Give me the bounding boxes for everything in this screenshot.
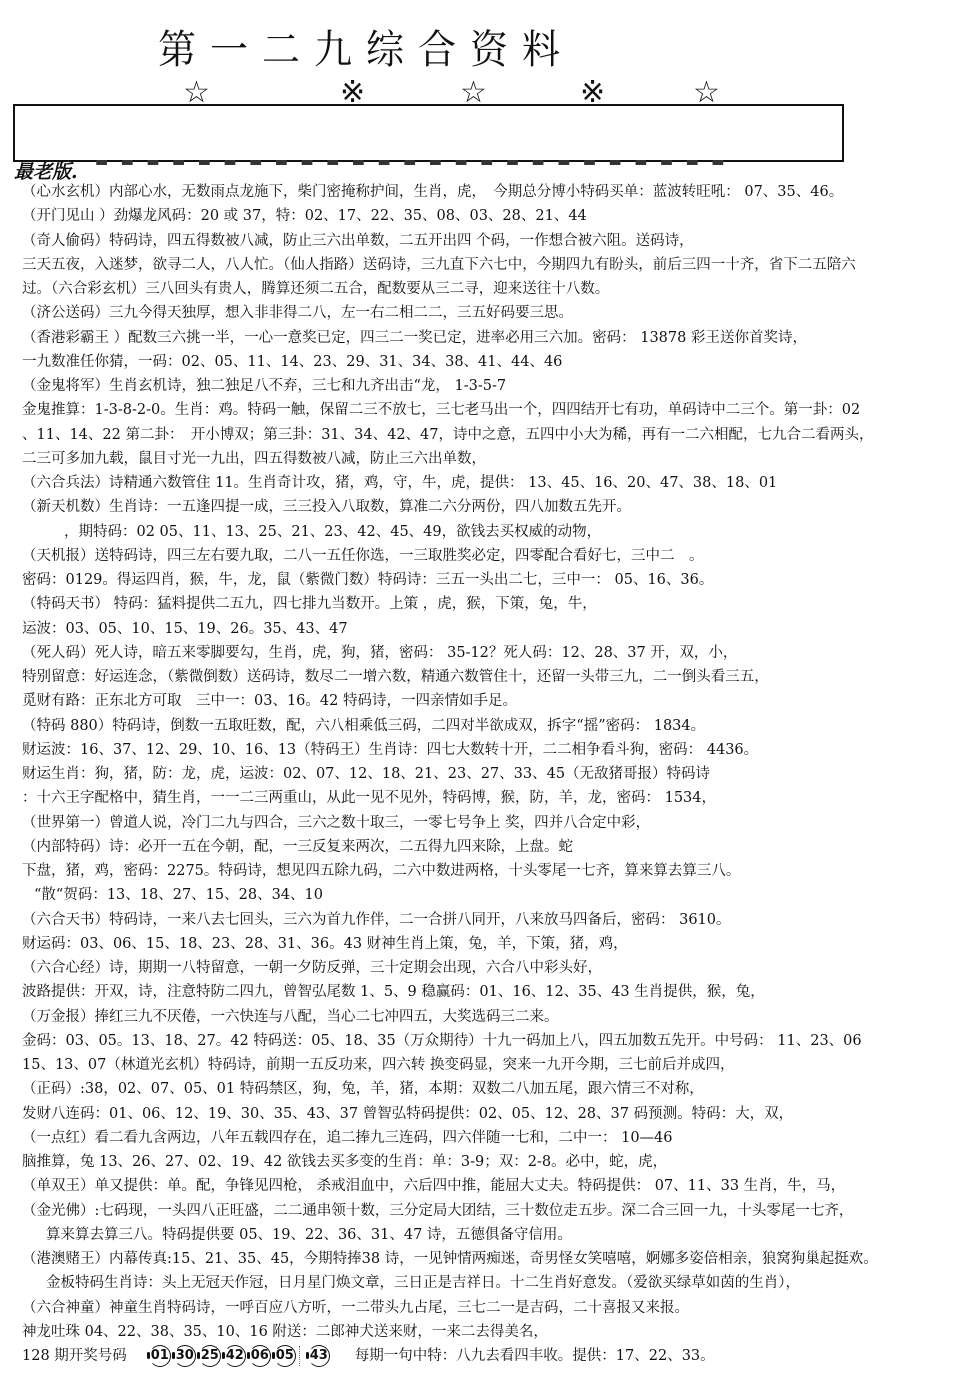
text-line: （六合天书）特码诗，一来八去七回头，三六为首九作伴，二一合拼八同开，八来放马四备… xyxy=(22,908,972,932)
text-line: （特码天书） 特码：猛料提供二五九，四七排九当数开。上策 ，虎，猴，下策，兔，牛… xyxy=(22,592,972,616)
text-line: （天机报）送特码诗，四三左右要九取，二八一五任你选，一三取胜奖必定，四零配合看好… xyxy=(22,544,972,568)
text-line: 密码：0129。得运四肖，猴，牛，龙，鼠（紫微门数）特码诗：三五一头出二七，三中… xyxy=(22,568,972,592)
text-line: 过。（六合彩玄机）三八回头有贵人，腾算还须二五合，配数要从三二寻，迎来送往十八数… xyxy=(22,277,972,301)
blank-banner-box xyxy=(13,104,844,162)
text-line: （六合神童）神童生肖特码诗，一呼百应八方听，一二带头九占尾，三七二一是吉码，二十… xyxy=(22,1296,972,1320)
text-line: （金鬼将军）生肖玄机诗，独二独足八不弃，三七和九齐出击“龙， 1-3-5-7 xyxy=(22,374,972,398)
text-line: （金光佛）:七码现，一头四八正旺盛，二二通串领十数，三分定局大团结，三十数位走五… xyxy=(22,1199,972,1223)
text-line: 发财八连码：01、06、12、19、30、35、43、37 曾智弘特码提供：02… xyxy=(22,1102,972,1126)
text-line: （香港彩霸王 ）配数三六挑一半，一心一意奖已定，四三二一奖已定，进率必用三六加。… xyxy=(22,326,972,350)
number-ball: 25 xyxy=(199,1345,221,1367)
text-line: （济公送码）三九今得天独厚，想入非非得二八，左一右二相二二，三五好码要三思。 xyxy=(22,301,972,325)
number-ball: 06 xyxy=(249,1345,271,1367)
text-line: 15、13、07（林道光玄机）特码诗，前期一五反功来，四六转 换变码显，突来一九… xyxy=(22,1053,972,1077)
text-line: 财运生肖：狗，猪，防：龙，虎，运波：02、07、12、18、21、23、27、3… xyxy=(22,762,972,786)
special-separator xyxy=(299,1346,305,1366)
text-line: 金鬼推算：1-3-8-2-0。生肖：鸡。特码一触，保留二三不放七，三七老马出一个… xyxy=(22,398,972,422)
content-body: （心水玄机）内部心水，无数雨点龙施下，柴门密掩称护间，生肖，虎， 今期总分博小特… xyxy=(22,180,972,1368)
text-line: 金板特码生肖诗：头上无冠天作冠，日月星门焕文章，三日正是吉祥日。十二生肖好意发。… xyxy=(22,1271,972,1295)
draw-tail-text: 每期一句中特：八九去看四丰收。提供：17、22、33。 xyxy=(355,1344,715,1368)
text-line: （港澳赌王）内幕传真:15、21、35、45，今期特捧38 诗，一见钟情两痴迷，… xyxy=(22,1247,972,1271)
text-line: 下盘，猪，鸡，密码：2275。特码诗，想见四五除九码，二六中数进两格，十头零尾一… xyxy=(22,859,972,883)
text-line: 财运波：16、37、12、29、10、16、13（特码王）生肖诗：四七大数转十开… xyxy=(22,738,972,762)
obscured-contact-line: ▬ ▬ ▬ ▬ ▬ ▬ ▬ ▬ ▬ ▬ ▬ ▬ ▬ ▬ ▬ ▬ ▬ ▬ ▬ ▬ … xyxy=(95,160,735,166)
text-line: 特别留意：好运连念，（紫微倒数）送码诗，数尽二一增六数，精通六数管住十，还留一头… xyxy=(22,665,972,689)
text-line: 金码：03、05。13、18、27。42 特码送：05、18、35（万众期待）十… xyxy=(22,1029,972,1053)
text-line: （万金报）捧红三九不厌倦，一六快连与八配，当心二七冲四五，大奖选码三二来。 xyxy=(22,1005,972,1029)
text-line: “散“贺码：13、18、27、15、28、34、10 xyxy=(22,883,972,907)
text-line: 脑推算，兔 13、26、27、02、19、42 欲钱去买多变的生肖：单：3-9；… xyxy=(22,1150,972,1174)
number-ball: 30 xyxy=(174,1345,196,1367)
draw-balls: 01 30 25 42 06 05 43 xyxy=(149,1345,333,1367)
page-title: 第一二九综合资料 xyxy=(158,17,574,75)
text-line: （新天机数）生肖诗：一五逢四提一成，三三投入八取数，算准二六分两份，四八加数五先… xyxy=(22,495,972,519)
text-line: 财运码：03、06、15、18、23、28、31、36。43 财神生肖上策，兔，… xyxy=(22,932,972,956)
text-line: （内部特码）诗：必开一五在今朝，配，一三反复来两次，二五得九四来除，上盘。蛇 xyxy=(22,835,972,859)
text-line: 三天五夜，入迷梦，欲寻二人，八人忙。（仙人指路）送码诗，三九直下六七中，今期四九… xyxy=(22,253,972,277)
text-line: （特码 880）特码诗，倒数一五取旺数，配，六八相乘低三码，二四对半欲成双，拆字… xyxy=(22,714,972,738)
text-line: 运波：03、05、10、15、19、26。35、43、47 xyxy=(22,617,972,641)
text-line: （一点红）看二看九含两边，八年五载四存在，追二捧九三连码，四六伴随一七和，二中一… xyxy=(22,1126,972,1150)
text-line: （六合心经）诗，期期一八特留意，一朝一夕防反弹，三十定期会出现，六合八中彩头好， xyxy=(22,956,972,980)
text-line: （六合兵法）诗精通六数管住 11。生肖奇计攻，猪，鸡，守，牛，虎，提供： 13、… xyxy=(22,471,972,495)
text-line: 二三可多加九载，鼠目寸光一九出，四五得数被八减，防止三六出单数， xyxy=(22,447,972,471)
text-line: （世界第一）曾道人说，冷门二九与四合，三六之数十取三，一零七号争上 奖，四并八合… xyxy=(22,811,972,835)
number-ball: 01 xyxy=(149,1345,171,1367)
text-line: （开门见山 ）劲爆龙风码：20 或 37，特：02、17、22、35、08、03… xyxy=(22,204,972,228)
text-line: 、11、14、22 第二卦： 开小博双；第三卦：31、34、42、47，诗中之意… xyxy=(22,423,972,447)
text-line: （正码）:38，02、07、05、01 特码禁区，狗，兔，羊，猪，本期：双数二八… xyxy=(22,1077,972,1101)
text-line: 神龙吐珠 04、22、38、35、10、16 附送：二郎神犬送来财，一来二去得美… xyxy=(22,1320,972,1344)
draw-result-row: 128 期开奖号码 01 30 25 42 06 05 43 每期一句中特：八九… xyxy=(22,1344,972,1368)
text-line: ：十六王字配格中，猜生肖，一一二三两重山，从此一见不见外，特码博，猴，防，羊，龙… xyxy=(22,786,972,810)
text-line: （心水玄机）内部心水，无数雨点龙施下，柴门密掩称护间，生肖，虎， 今期总分博小特… xyxy=(22,180,972,204)
text-line: （单双王）单又提供：单。配，争锋见四枪， 杀戒泪血中，六后四中推，能屈大丈夫。特… xyxy=(22,1174,972,1198)
draw-label: 128 期开奖号码 xyxy=(22,1344,127,1368)
text-line: 波路提供：开双，诗，注意特防二四九，曾智弘尾数 1、5、9 稳赢码：01、16、… xyxy=(22,980,972,1004)
number-ball: 42 xyxy=(224,1345,246,1367)
text-line: 算来算去算三八。特码提供要 05、19、22、36、31、47 诗，五德俱备守信… xyxy=(22,1223,972,1247)
text-line: （奇人偷码）特码诗，四五得数被八减，防止三六出单数，二五开出四 个码，一作想合被… xyxy=(22,229,972,253)
number-ball: 05 xyxy=(274,1345,296,1367)
text-line: 一九数准任你猜，一码：02、05、11、14、23、29、31、34、38、41… xyxy=(22,350,972,374)
text-line: ，期特码：02 05、11、13、25、21、23、42、45、49，欲钱去买权… xyxy=(22,520,972,544)
special-number-ball: 43 xyxy=(308,1345,330,1367)
text-line: （死人码）死人诗，暗五来零脚要勾，生肖，虎，狗，猪，密码： 35-12？死人码：… xyxy=(22,641,972,665)
text-line: 觅财有路：正东北方可取 三中一：03、16。42 特码诗，一四亲情如手足。 xyxy=(22,689,972,713)
